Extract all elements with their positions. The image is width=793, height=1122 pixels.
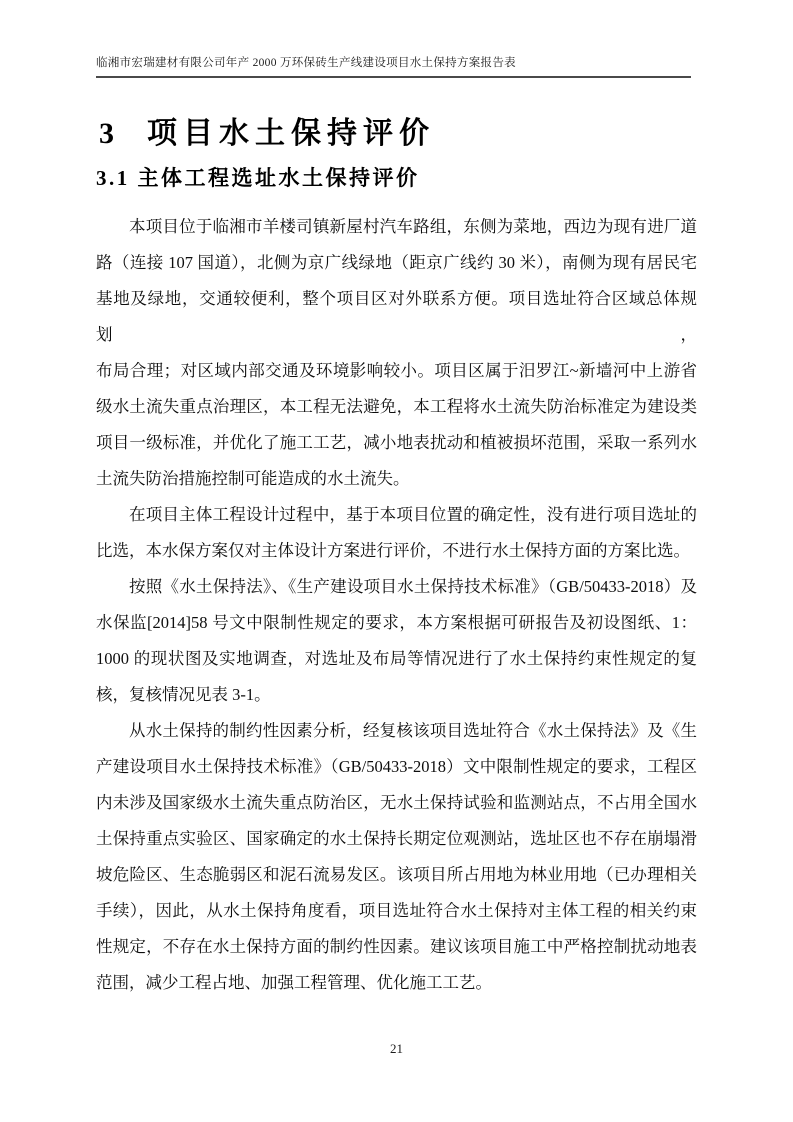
text-line: 在项目主体工程设计过程中，基于本项目位置的确定性，没有进行项目选址的 xyxy=(96,497,697,533)
paragraph: 按照《水土保持法》、《生产建设项目水土保持技术标准》（GB/50433-2018… xyxy=(96,569,697,713)
text-line: 基地及绿地，交通较便利，整个项目区对外联系方便。项目选址符合区域总体规划， xyxy=(96,281,697,353)
text-line: 1000 的现状图及实地调查，对选址及布局等情况进行了水土保持约束性规定的复 xyxy=(96,641,697,677)
text-line: 路（连接 107 国道），北侧为京广线绿地（距京广线约 30 米），南侧为现有居… xyxy=(96,245,697,281)
page-number: 21 xyxy=(390,1041,403,1056)
running-header-text: 临湘市宏瑞建材有限公司年产 2000 万环保砖生产线建设项目水土保持方案报告表 xyxy=(96,54,691,70)
text-line: 级水土流失重点治理区，本工程无法避免，本工程将水土流失防治标准定为建设类 xyxy=(96,389,697,425)
text-line: 土流失防治措施控制可能造成的水土流失。 xyxy=(96,461,697,497)
text-line: 项目一级标准，并优化了施工工艺，减小地表扰动和植被损坏范围，采取一系列水 xyxy=(96,425,697,461)
paragraph: 在项目主体工程设计过程中，基于本项目位置的确定性，没有进行项目选址的比选，本水保… xyxy=(96,497,697,569)
document-page: 临湘市宏瑞建材有限公司年产 2000 万环保砖生产线建设项目水土保持方案报告表 … xyxy=(0,0,793,1122)
chapter-heading: 3 项目水土保持评价 xyxy=(99,108,435,152)
text-line: 手续），因此，从水土保持角度看，项目选址符合水土保持对主体工程的相关约束 xyxy=(96,893,697,929)
text-line: 核，复核情况见表 3-1。 xyxy=(96,677,697,713)
text-line: 坡危险区、生态脆弱区和泥石流易发区。该项目所占用地为林业用地（已办理相关 xyxy=(96,857,697,893)
text-line: 范围，减少工程占地、加强工程管理、优化施工工艺。 xyxy=(96,965,697,1001)
text-line: 从水土保持的制约性因素分析，经复核该项目选址符合《水土保持法》及《生 xyxy=(96,713,697,749)
page-header: 临湘市宏瑞建材有限公司年产 2000 万环保砖生产线建设项目水土保持方案报告表 xyxy=(96,54,691,78)
text-line: 按照《水土保持法》、《生产建设项目水土保持技术标准》（GB/50433-2018… xyxy=(96,569,697,605)
text-line: 性规定，不存在水土保持方面的制约性因素。建议该项目施工中严格控制扰动地表 xyxy=(96,929,697,965)
text-line: 本项目位于临湘市羊楼司镇新屋村汽车路组，东侧为菜地，西边为现有进厂道 xyxy=(96,209,697,245)
paragraph: 本项目位于临湘市羊楼司镇新屋村汽车路组，东侧为菜地，西边为现有进厂道路（连接 1… xyxy=(96,209,697,497)
text-line: 比选，本水保方案仅对主体设计方案进行评价，不进行水土保持方面的方案比选。 xyxy=(96,533,697,569)
text-line: 内未涉及国家级水土流失重点防治区，无水土保持试验和监测站点，不占用全国水 xyxy=(96,785,697,821)
page-footer: 21 xyxy=(0,1040,793,1058)
text-line: 布局合理；对区域内部交通及环境影响较小。项目区属于汨罗江~新墙河中上游省 xyxy=(96,353,697,389)
body-text: 本项目位于临湘市羊楼司镇新屋村汽车路组，东侧为菜地，西边为现有进厂道路（连接 1… xyxy=(96,209,697,1001)
paragraph: 从水土保持的制约性因素分析，经复核该项目选址符合《水土保持法》及《生产建设项目水… xyxy=(96,713,697,1001)
text-line: 产建设项目水土保持技术标准》（GB/50433-2018）文中限制性规定的要求，… xyxy=(96,749,697,785)
text-line: 水保监[2014]58 号文中限制性规定的要求，本方案根据可研报告及初设图纸、1… xyxy=(96,605,697,641)
section-heading: 3.1 主体工程选址水土保持评价 xyxy=(96,162,420,192)
text-line: 土保持重点实验区、国家确定的水土保持长期定位观测站，选址区也不存在崩塌滑 xyxy=(96,821,697,857)
